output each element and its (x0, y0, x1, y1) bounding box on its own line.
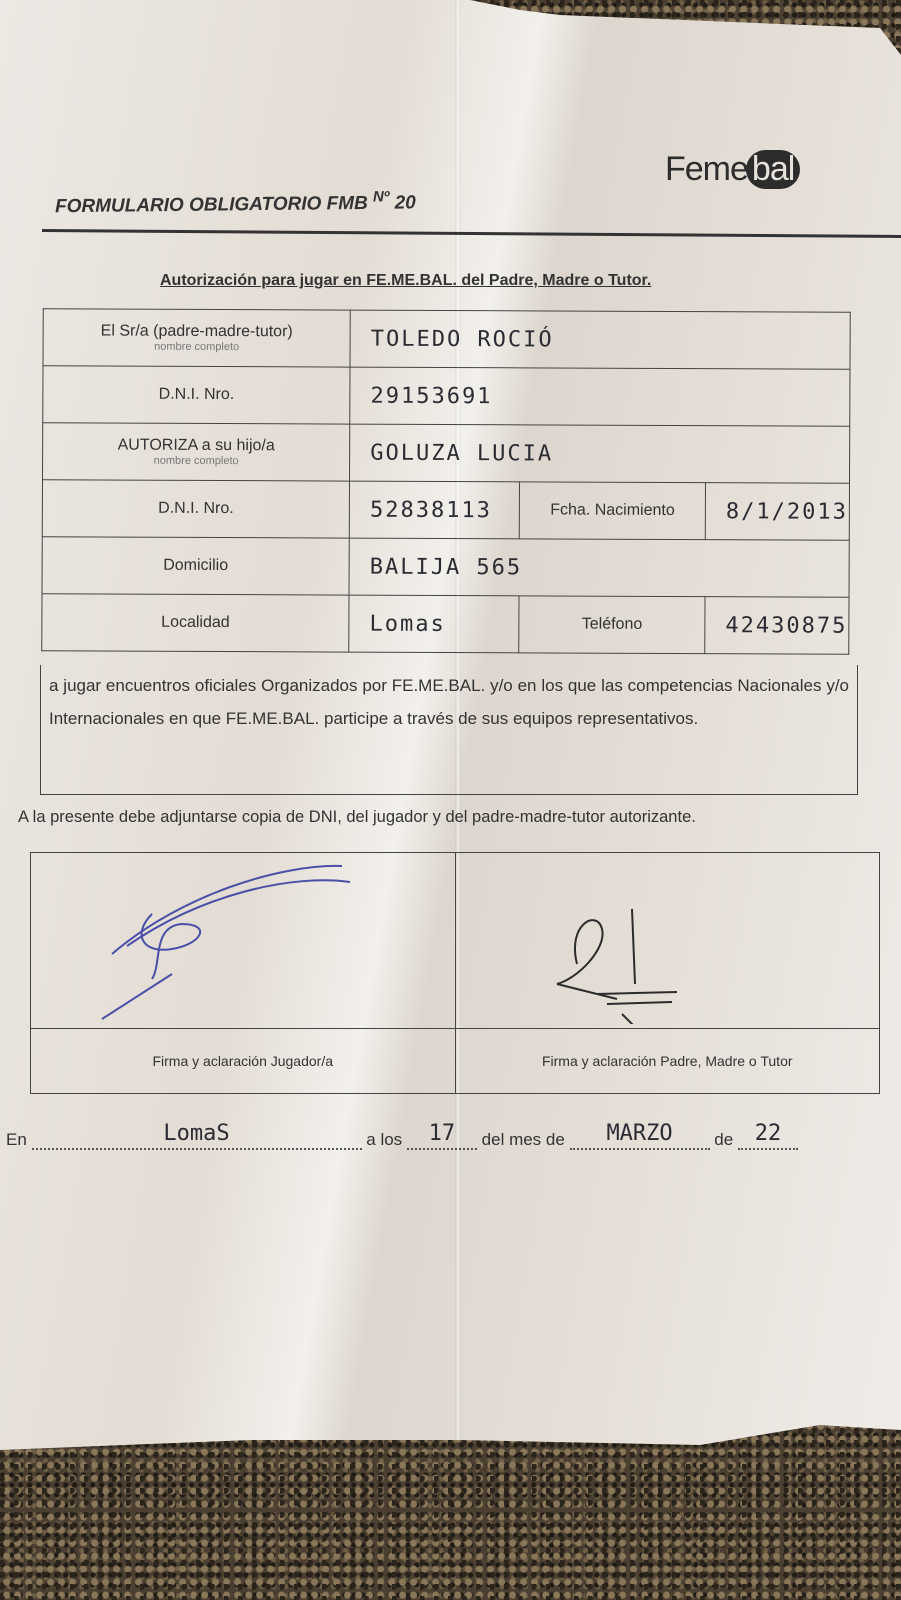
child-dni-label: D.N.I. Nro. (42, 480, 349, 538)
form-number-prefix: Nº (373, 188, 389, 205)
guardian-label-text: El Sr/a (padre-madre-tutor) (101, 322, 293, 340)
guardian-name-row: El Sr/a (padre-madre-tutor) nombre compl… (43, 309, 850, 370)
form-paper: Femebal FORMULARIO OBLIGATORIO FMB Nº 20… (0, 0, 901, 1450)
month-label: del mes de (482, 1130, 565, 1149)
femebal-logo: Femebal (665, 150, 800, 189)
birth-date-field[interactable]: 8/1/2013 (705, 483, 849, 541)
month-field[interactable]: MARZO (570, 1130, 710, 1150)
form-subtitle: Autorización para jugar en FE.ME.BAL. de… (160, 272, 651, 290)
child-sublabel: nombre completo (44, 454, 348, 467)
locality-row: Localidad Lomas Teléfono 42430875 (42, 594, 849, 655)
address-label: Domicilio (42, 537, 349, 595)
month-value: MARZO (570, 1121, 710, 1146)
day-value: 17 (407, 1121, 477, 1146)
locality-field[interactable]: Lomas (349, 595, 519, 653)
child-dni-row: D.N.I. Nro. 52838113 Fcha. Nacimiento 8/… (42, 480, 849, 541)
locality-label: Localidad (42, 594, 349, 652)
attachment-note: A la presente debe adjuntarse copia de D… (18, 808, 696, 827)
logo-text: Feme (665, 150, 748, 188)
phone-field[interactable]: 42430875 (705, 597, 849, 655)
day-field[interactable]: 17 (407, 1130, 477, 1150)
player-signature-icon (32, 854, 452, 1024)
phone-label: Teléfono (519, 596, 705, 654)
guardian-name-field[interactable]: TOLEDO ROCIÓ (350, 310, 850, 369)
player-signature-area[interactable] (31, 853, 456, 1029)
child-dni-field[interactable]: 52838113 (349, 481, 519, 539)
guardian-signature-caption: Firma y aclaración Padre, Madre o Tutor (455, 1029, 880, 1094)
place-field[interactable]: LomaS (32, 1130, 362, 1150)
form-title-text: FORMULARIO OBLIGATORIO FMB (55, 193, 368, 217)
guardian-sublabel: nombre completo (45, 340, 349, 353)
guardian-signature-area[interactable] (455, 853, 880, 1029)
authorization-text: a jugar encuentros oficiales Organizados… (40, 665, 858, 795)
guardian-dni-label: D.N.I. Nro. (43, 366, 350, 424)
logo-accent: bal (746, 150, 800, 189)
place-date-line: En LomaS a los 17 del mes de MARZO de 22 (6, 1130, 798, 1150)
year-label: de (714, 1130, 733, 1149)
guardian-signature-icon (457, 854, 877, 1024)
year-value: 22 (738, 1121, 798, 1146)
birth-date-label: Fcha. Nacimiento (520, 482, 706, 540)
child-label-text: AUTORIZA a su hijo/a (118, 437, 275, 455)
year-field[interactable]: 22 (738, 1130, 798, 1150)
address-row: Domicilio BALIJA 565 (42, 537, 849, 598)
form-number: 20 (395, 192, 416, 213)
form-title: FORMULARIO OBLIGATORIO FMB Nº 20 (55, 188, 416, 218)
guardian-dni-row: D.N.I. Nro. 29153691 (43, 366, 850, 427)
child-name-row: AUTORIZA a su hijo/a nombre completo GOL… (43, 423, 850, 484)
child-name-field[interactable]: GOLUZA LUCIA (350, 424, 850, 483)
address-field[interactable]: BALIJA 565 (349, 538, 849, 597)
header-rule (42, 229, 901, 238)
authorization-form-table: El Sr/a (padre-madre-tutor) nombre compl… (41, 308, 850, 655)
place-value: LomaS (32, 1121, 362, 1146)
child-label: AUTORIZA a su hijo/a nombre completo (43, 423, 350, 481)
days-label: a los (366, 1130, 402, 1149)
place-prefix: En (6, 1130, 27, 1149)
guardian-label: El Sr/a (padre-madre-tutor) nombre compl… (43, 309, 350, 367)
guardian-dni-field[interactable]: 29153691 (350, 367, 850, 426)
player-signature-caption: Firma y aclaración Jugador/a (31, 1029, 456, 1094)
signature-table: Firma y aclaración Jugador/a Firma y acl… (30, 852, 880, 1094)
